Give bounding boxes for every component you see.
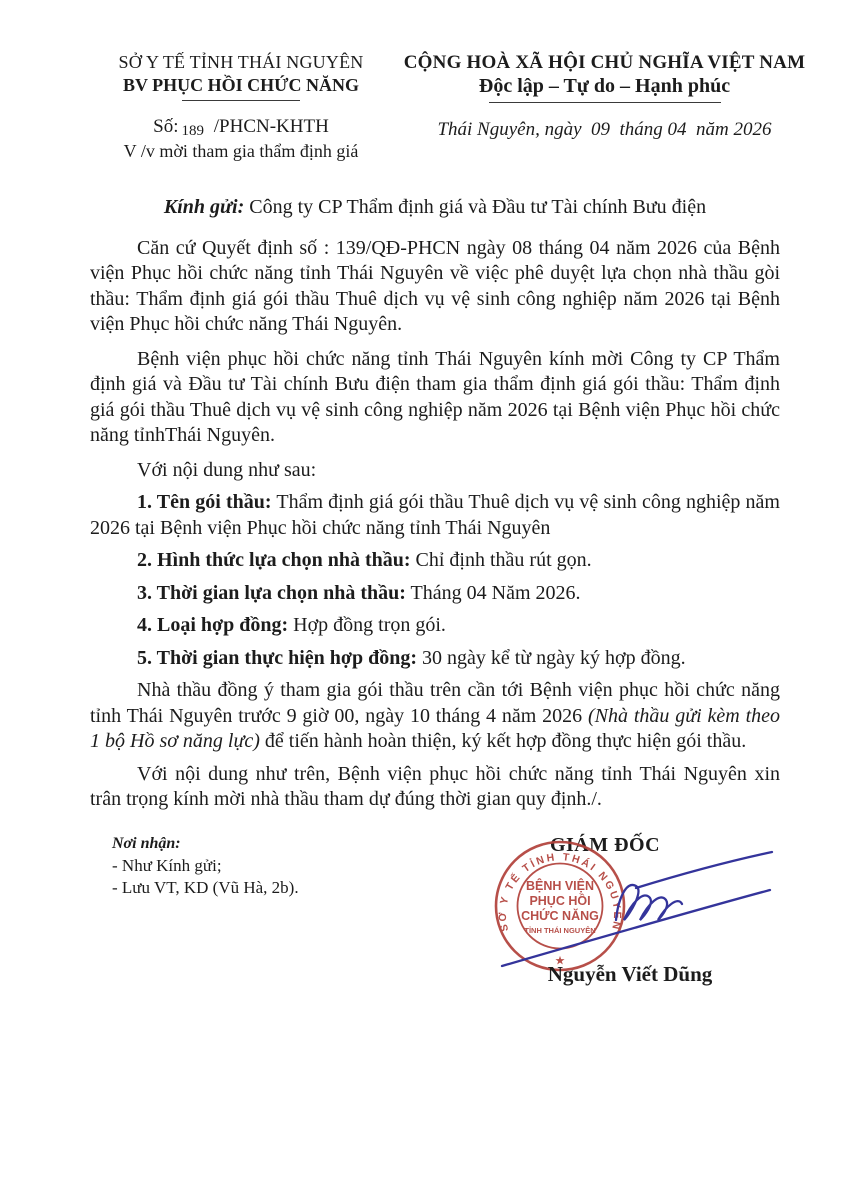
item-selection-form: 2. Hình thức lựa chọn nhà thầu: Chỉ định… (90, 548, 780, 574)
paragraph-closing: Với nội dung như trên, Bệnh viện phục hồ… (90, 762, 780, 813)
recipients-note-line-1: - Như Kính gửi; (112, 855, 299, 877)
recipient-label: Kính gửi: (164, 196, 244, 218)
item-4-text: Hợp đồng trọn gói. (288, 614, 446, 636)
document-header: SỞ Y TẾ TỈNH THÁI NGUYÊN BV PHỤC HỒI CHỨ… (0, 0, 849, 162)
item-contract-type: 4. Loại hợp đồng: Hợp đồng trọn gói. (90, 613, 780, 639)
paragraph-deadline: Nhà thầu đồng ý tham gia gói thầu trên c… (90, 678, 780, 755)
org-underline (182, 100, 300, 101)
paragraph-content-intro: Với nội dung như sau: (90, 458, 780, 484)
document-number-line: Số:189 /PHCN-KHTH (82, 116, 400, 138)
national-title: CỘNG HOÀ XÃ HỘI CHỦ NGHĨA VIỆT NAM (400, 52, 809, 74)
item-2-label: 2. Hình thức lựa chọn nhà thầu: (137, 549, 411, 571)
signature-loops (616, 885, 682, 920)
item-5-label: 5. Thời gian thực hiện hợp đồng: (137, 647, 417, 669)
item-selection-time: 3. Thời gian lựa chọn nhà thầu: Tháng 04… (90, 581, 780, 607)
place-date-line: Thái Nguyên, ngày 09 tháng 04 năm 2026 (400, 119, 809, 141)
paragraph-legal-basis: Căn cứ Quyết định số : 139/QĐ-PHCN ngày … (90, 236, 780, 338)
item-1-label: 1. Tên gói thầu: (137, 491, 272, 513)
issuing-org-block: SỞ Y TẾ TỈNH THÁI NGUYÊN BV PHỤC HỒI CHỨ… (82, 52, 400, 162)
recipients-note-block: Nơi nhận: - Như Kính gửi; - Lưu VT, KD (… (112, 833, 299, 899)
item-4-label: 4. Loại hợp đồng: (137, 614, 288, 636)
paragraph-invitation: Bệnh viện phục hồi chức năng tỉnh Thái N… (90, 347, 780, 449)
item-5-text: 30 ngày kể từ ngày ký hợp đồng. (417, 647, 686, 669)
signer-name: Nguyễn Viết Dũng (490, 962, 770, 987)
national-header-block: CỘNG HOÀ XÃ HỘI CHỦ NGHĨA VIỆT NAM Độc l… (400, 52, 849, 162)
document-body: Kính gửi: Công ty CP Thẩm định giá và Đầ… (90, 195, 780, 813)
item-contract-duration: 5. Thời gian thực hiện hợp đồng: 30 ngày… (90, 646, 780, 672)
item-2-text: Chỉ định thầu rút gọn. (411, 549, 592, 571)
national-motto: Độc lập – Tự do – Hạnh phúc (400, 75, 809, 98)
document-number-prefix: Số: (153, 116, 178, 137)
document-footer: Nơi nhận: - Như Kính gửi; - Lưu VT, KD (… (0, 828, 849, 1200)
document-subject: V /v mời tham gia thẩm định giá (82, 141, 400, 162)
recipient-line: Kính gửi: Công ty CP Thẩm định giá và Đầ… (90, 195, 780, 221)
recipients-note-label: Nơi nhận: (112, 833, 299, 855)
org-name: BV PHỤC HỒI CHỨC NĂNG (82, 75, 400, 96)
deadline-text-post: để tiến hành hoàn thiện, ký kết hợp đồng… (260, 730, 746, 752)
recipients-note-line-2: - Lưu VT, KD (Vũ Hà, 2b). (112, 877, 299, 899)
recipient-name: Công ty CP Thẩm định giá và Đầu tư Tài c… (244, 196, 706, 218)
org-parent-name: SỞ Y TẾ TỈNH THÁI NGUYÊN (82, 52, 400, 73)
signature-stroke-top (636, 852, 772, 888)
document-number-value: 189 (182, 123, 205, 139)
document-number-suffix: /PHCN-KHTH (209, 116, 329, 137)
motto-underline (489, 102, 721, 103)
document-page: SỞ Y TẾ TỈNH THÁI NGUYÊN BV PHỤC HỒI CHỨ… (0, 0, 849, 1200)
item-package-name: 1. Tên gói thầu: Thẩm định giá gói thầu … (90, 490, 780, 541)
item-3-label: 3. Thời gian lựa chọn nhà thầu: (137, 582, 406, 604)
item-3-text: Tháng 04 Năm 2026. (406, 582, 581, 604)
